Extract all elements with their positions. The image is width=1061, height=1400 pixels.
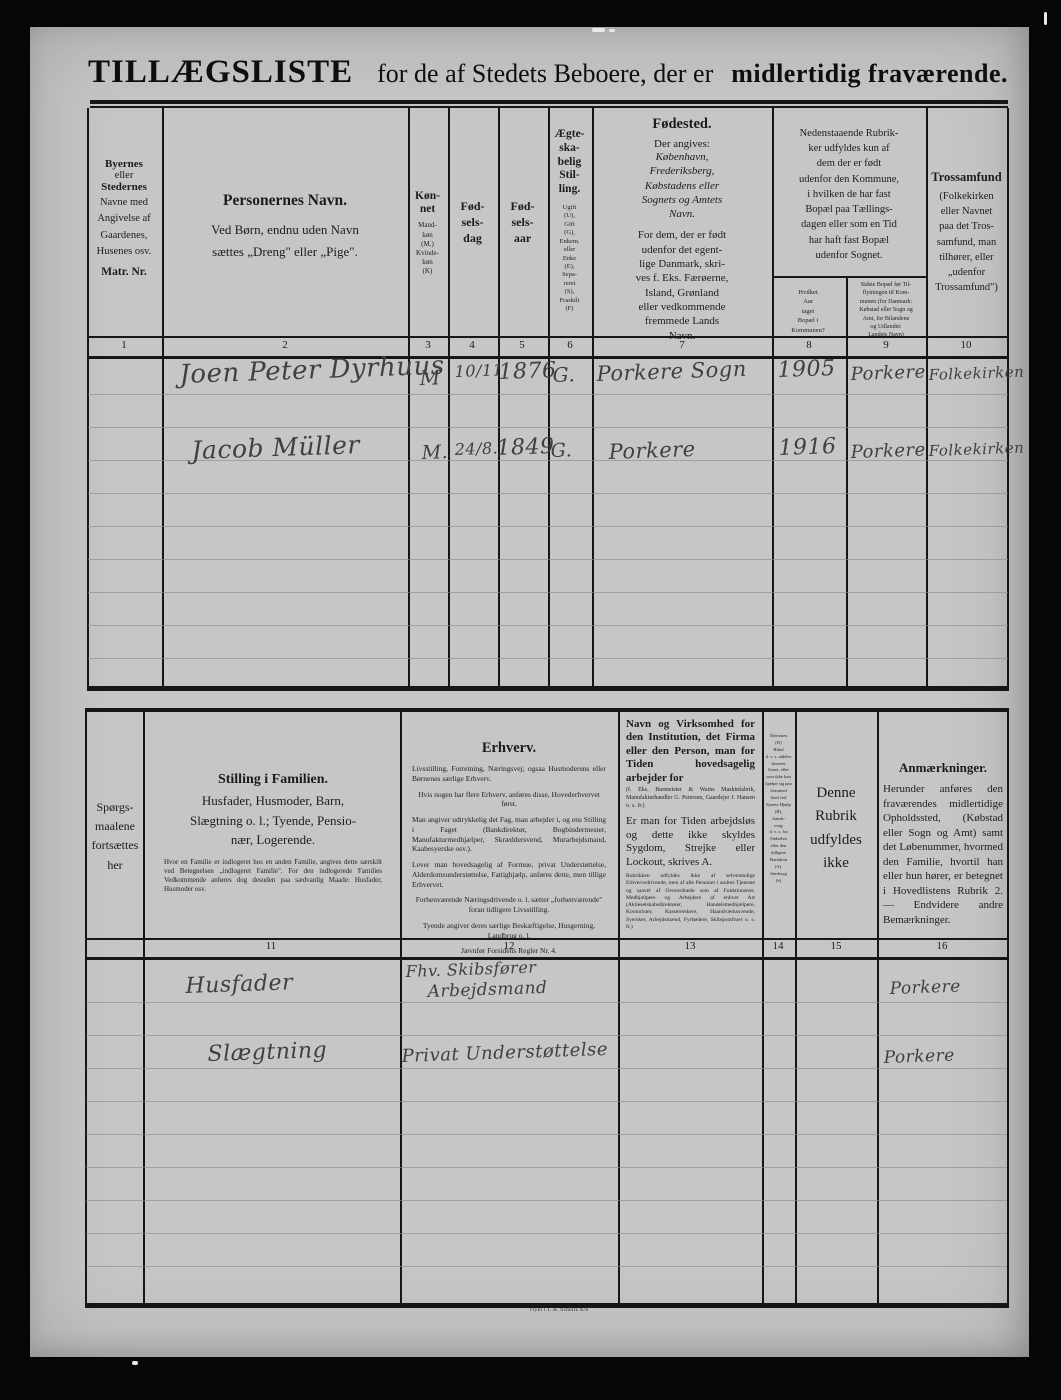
t1-col1-matr: Matr. Nr. [89, 266, 159, 278]
t1-row1-birth-day: 10/11 [454, 360, 503, 381]
t1-col2-header: Personernes Navn. Ved Børn, endnu uden N… [168, 192, 402, 263]
t1-row2-birthplace: Porkere [608, 437, 696, 464]
t1-row2-religion: Folkekirken [928, 439, 1024, 460]
printer-imprint: Trykt i J. H. Schultz A/S [514, 1308, 604, 1313]
page-title-bold-end: midlertidig fraværende. [731, 59, 1008, 89]
t1-border-bottom [87, 686, 1009, 691]
t1-colnum-10: 10 [946, 339, 986, 351]
t1-row1-marital: G. [552, 362, 575, 387]
t1-row2-year-settled: 1916 [778, 434, 837, 461]
t1-row2-marital: G. [550, 439, 572, 462]
t2-colnum-11: 11 [251, 940, 291, 952]
t1-col1-line: eller [89, 170, 159, 181]
t1-colnum-4: 4 [452, 339, 492, 351]
page-title: TILLÆGSLISTE for de af Stedets Beboere, … [88, 54, 1008, 91]
t1-col4-header: Fød- sels- dag [449, 198, 496, 247]
t2-vline [877, 710, 879, 1307]
t2-col11-header: Stilling i Familien. Husfader, Husmoder,… [150, 772, 396, 894]
scan-artifact [132, 1361, 138, 1365]
t1-ruled-line [88, 559, 1008, 560]
t2-border-left [85, 710, 87, 1307]
t1-col5-heading: Fød- sels- aar [499, 198, 546, 247]
t1-row1-year-settled: 1905 [777, 356, 836, 383]
t2-row2-remarks: Porkere [883, 1046, 955, 1068]
t2-col13-p2: Er man for Tiden arbejdsløs og dette ikk… [624, 815, 757, 869]
t1-row2-name: Jacob Müller [191, 430, 360, 465]
scan-artifact [1044, 12, 1047, 25]
t2-colnum-14: 14 [758, 940, 798, 952]
t2-ruled-line [86, 1134, 1007, 1135]
t2-colnum-12: 12 [489, 940, 529, 952]
t2-border-bottom [85, 1303, 1009, 1308]
t1-col3-heading: Køn- net [409, 190, 446, 216]
t1-vline [498, 108, 500, 688]
t2-col13-header: Navn og Virksomhed for den Institution, … [624, 718, 757, 931]
t2-row1-family-position: Husfader [185, 970, 293, 999]
t1-col7-note: For dem, der er født udenfor det egent- … [595, 228, 769, 342]
scanned-census-page: TILLÆGSLISTE for de af Stedets Beboere, … [0, 0, 1061, 1400]
t2-vline [618, 710, 620, 1307]
t2-ruled-line [86, 1200, 1007, 1201]
t2-border-right [1007, 710, 1009, 1307]
t1-colnum-2: 2 [265, 339, 305, 351]
t1-row2-birth-year: 1849 [496, 434, 555, 461]
t1-col5-header: Fød- sels- aar [499, 198, 546, 247]
t2-col12-p1: Livsstilling, Forretning, Næringsvej; og… [412, 764, 606, 784]
t1-ruled-line [88, 658, 1008, 659]
t1-colnum-5: 5 [502, 339, 542, 351]
t2-ruled-line [86, 1266, 1007, 1267]
t1-colnum-7: 7 [662, 339, 702, 351]
t1-vline [448, 108, 450, 688]
t1-col7-header: Fødested. Der angives: København, Freder… [595, 116, 769, 343]
t2-ruled-line [86, 1068, 1007, 1069]
t1-col2-sub: Ved Børn, endnu uden Navn sættes „Dreng"… [168, 219, 402, 263]
t1-col1-header: Byernes eller Stedernes Navne med Angive… [89, 158, 159, 278]
t1-col6-sub: Ugift (U), Gift (G), Enkem. eller Enke (… [548, 204, 591, 314]
t1-col1-line: Stedernes [89, 181, 159, 193]
t1-col6-header: Ægte- ska- belig Stil- ling. Ugift (U), … [548, 128, 591, 314]
t2-col11-fine: Hvor en Familie er indlogeret hos en and… [164, 858, 382, 894]
t1-colnum-8: 8 [789, 339, 829, 351]
t1-col8-header: Hvilket Aar taget Bopæl i Kommunen? [773, 288, 843, 335]
t2-col16-body: Herunder anføres den fraværendes midlert… [880, 782, 1006, 927]
t1-ruled-line [88, 394, 1008, 395]
t2-col12-header: Erhverv. Livsstilling, Forretning, Nærin… [404, 740, 614, 956]
t1-col3-header: Køn- net Mand- køn (M.) Kvinde- køn (K) [409, 190, 446, 276]
t1-row1-religion: Folkekirken [928, 363, 1024, 384]
t1-col4-heading: Fød- sels- dag [449, 198, 496, 247]
page-title-middle: for de af Stedets Beboere, der er [353, 59, 731, 89]
t1-col1-lines: Navne med Angivelse af Gaardenes, Husene… [89, 195, 159, 260]
t1-ruled-line [88, 625, 1008, 626]
t1-subheader-divider [772, 276, 928, 278]
t2-row1-occupation-2: Arbejdsmand [427, 978, 547, 1002]
t1-col3-sub: Mand- køn (M.) Kvinde- køn (K) [409, 221, 446, 276]
t1-border-right [1007, 108, 1009, 688]
t2-col16-heading: Anmærkninger. [880, 760, 1006, 776]
t2-ruled-line [86, 1167, 1007, 1168]
t2-col12-p4: Lever man hovedsagelig af Formue, privat… [412, 860, 606, 889]
t2-col14-header: Døvstum (D) Blind d. v. s. aldeles berøv… [763, 733, 794, 885]
scan-artifact [609, 29, 615, 32]
t2-ruled-line [86, 1035, 1007, 1036]
t2-border-top [85, 708, 1009, 712]
t1-row1-sex: M [419, 365, 441, 390]
page-title-main: TILLÆGSLISTE [88, 54, 353, 91]
t1-col1-line: Byernes [89, 158, 159, 170]
t1-col9-header: Sidste Bopæl før Til- flytningen til Kom… [848, 281, 924, 340]
t2-col13-fine1: (f. Eks. Burmeister & Wains Maskinfabrik… [624, 787, 757, 810]
t1-ruled-line [88, 526, 1008, 527]
t2-colnum-13: 13 [670, 940, 710, 952]
t2-col15-header: Denne Rubrik udfyldes ikke [796, 782, 876, 875]
t1-vline [592, 108, 594, 688]
t1-colnum-3: 3 [408, 339, 448, 351]
t1-row2-sex: M. [421, 441, 448, 464]
t1-row2-last-residence: Porkere [850, 439, 926, 463]
t1-col7-places: København, Frederiksberg, Købstadens ell… [595, 150, 769, 221]
scan-artifact [592, 28, 605, 32]
t2-col13-intro: Navn og Virksomhed for den Institution, … [624, 718, 757, 785]
t2-col11-heading: Stilling i Familien. [150, 772, 396, 788]
t1-colnum-9: 9 [866, 339, 906, 351]
t2-col13-fine2: Rubrikken udfyldes ikke af selvstændige … [624, 873, 757, 931]
t1-ruled-line [88, 427, 1008, 428]
t2-number-row-bottom [85, 957, 1009, 960]
t1-ruled-line [88, 592, 1008, 593]
t2-ruled-line [86, 1002, 1007, 1003]
t1-col10-header: Trossamfund (Folkekirken eller Navnet pa… [928, 170, 1005, 296]
t2-col12-heading: Erhverv. [404, 740, 614, 757]
t1-colnum-1: 1 [104, 339, 144, 351]
t1-colnum-6: 6 [550, 339, 590, 351]
t2-colnum-15: 15 [816, 940, 856, 952]
t2-col11-sub: Husfader, Husmoder, Barn, Slægtning o. l… [150, 791, 396, 850]
t1-col8-9-shared-header: Nedenstaaende Rubrik- ker udfyldes kun a… [774, 126, 924, 263]
title-rule-thick [90, 100, 1008, 104]
t2-col12-p3: Man angiver udtrykkelig det Fag, man arb… [412, 815, 606, 854]
t1-row1-birth-year: 1876 [498, 358, 557, 385]
t1-vline [162, 108, 164, 688]
t2-col12-p6: Tyende angiver deres særlige Beskæftigel… [412, 921, 606, 941]
t2-vline [143, 710, 145, 1307]
t2-vline [400, 710, 402, 1307]
t2-ruled-line [86, 1233, 1007, 1234]
t2-side-label: Spørgs- maalene fortsættes her [88, 798, 142, 875]
t1-col10-sub: (Folkekirken eller Navnet paa det Tros- … [928, 189, 1005, 296]
t2-colnum-16: 16 [922, 940, 962, 952]
t1-row1-last-residence: Porkere [850, 361, 926, 385]
t1-col2-heading: Personernes Navn. [168, 192, 402, 210]
t1-ruled-line [88, 493, 1008, 494]
t2-row2-family-position: Slægtning [207, 1038, 327, 1067]
t1-col6-heading: Ægte- ska- belig Stil- ling. [548, 128, 591, 197]
t2-row1-remarks: Porkere [889, 977, 961, 999]
t2-col12-p2: Hvis nogen har flere Erhverv, anføres di… [412, 790, 606, 810]
t1-row2-birth-day: 24/8. [454, 438, 498, 459]
t2-ruled-line [86, 1101, 1007, 1102]
t1-col7-heading: Fødested. [595, 116, 769, 133]
t2-col12-p5: Forhenværende Næringsdrivende o. l. sætt… [412, 895, 606, 915]
t1-col10-heading: Trossamfund [928, 170, 1005, 185]
t2-col16-header: Anmærkninger. Herunder anføres den fravæ… [880, 760, 1006, 927]
t1-col7-intro: Der angives: [595, 138, 769, 150]
